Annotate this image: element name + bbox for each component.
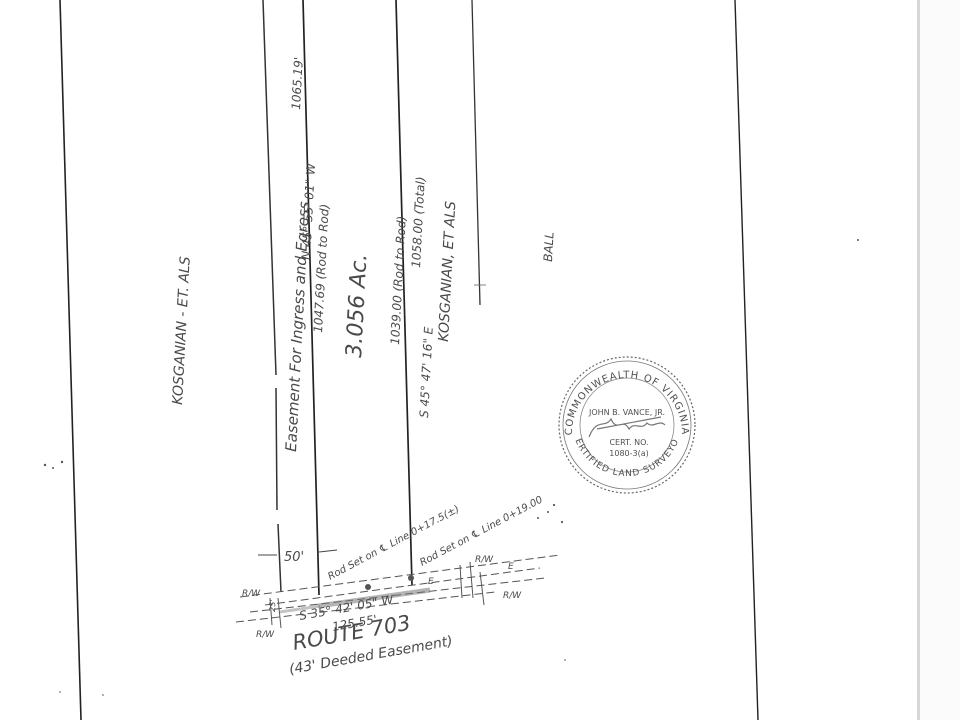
rod-marker-west	[365, 584, 371, 590]
adjoining-line	[472, 0, 480, 305]
rw-label-east-bottom: R/W	[503, 591, 522, 601]
easement-width-label: 50'	[284, 550, 304, 565]
rw-label-west-top: R/W	[242, 589, 261, 599]
owner-east-label: BALL	[541, 232, 557, 263]
easement-west-line	[263, 0, 281, 592]
parcel-area: 3.056 Ac.	[342, 253, 372, 358]
east-line-total-distance: 1058.00 (Total)	[409, 176, 428, 268]
east-boundary-line	[735, 0, 758, 720]
centerline-label-mid: E	[428, 577, 434, 587]
rod-marker-east	[408, 575, 414, 581]
west-boundary-line	[60, 0, 81, 720]
side-dim-label: 25'	[268, 599, 277, 612]
owner-middle-label: KOSGANIAN, ET ALS	[436, 201, 459, 343]
centerline-label-east: E	[508, 562, 514, 572]
seal-name: JOHN B. VANCE, JR.	[588, 408, 665, 417]
seal-cert-label: CERT. NO.	[609, 438, 648, 447]
rw-label-east-top: R/W	[475, 555, 494, 565]
east-line-bearing: S 45° 47' 16" E	[417, 326, 436, 418]
survey-plat: 50' KOSGANIAN - ET. ALS KOSGANIAN, ET AL…	[0, 0, 960, 720]
seal-cert-number: 1080-3(a)	[609, 449, 648, 458]
owner-west-label: KOSGANIAN - ET. ALS	[170, 256, 194, 405]
surveyor-seal: COMMONWEALTH OF VIRGINIA CERTIFIED LAND …	[559, 357, 695, 493]
surveyor-signature	[589, 417, 665, 437]
rw-label-west-bottom: R/W	[256, 630, 275, 640]
easement-total-distance: 1065.19'	[289, 57, 306, 111]
rod-west-note: Rod Set on ℄ Line 0+17.5(±)	[326, 504, 461, 583]
